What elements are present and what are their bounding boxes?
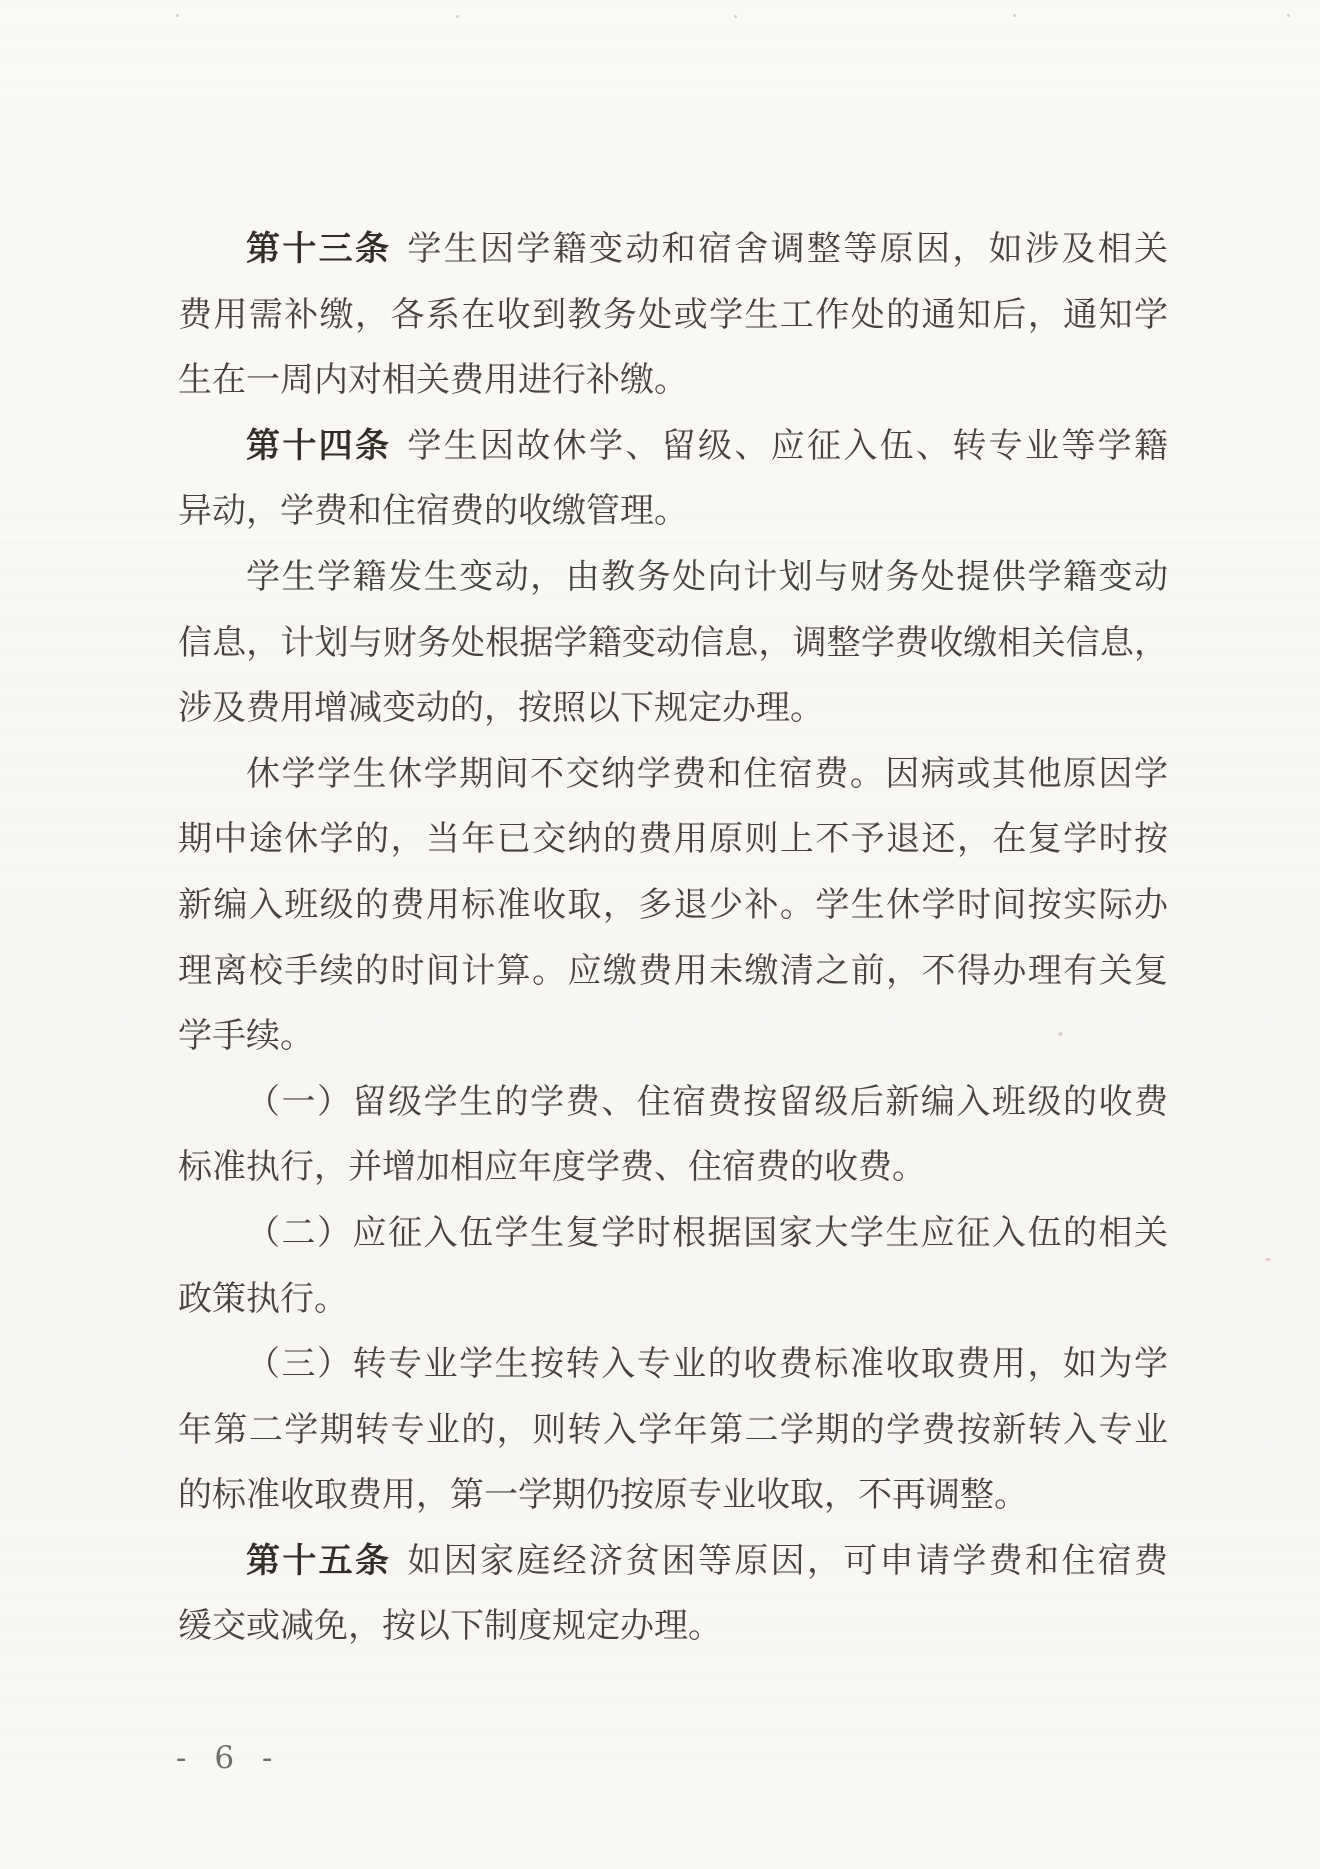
line-text: 生在一周内对相关费用进行补缴。 xyxy=(178,360,688,400)
page-number: - 6 - xyxy=(176,1740,281,1776)
line-text: 年第二学期转专业的，则转入学年第二学期的学费按新转入专业 xyxy=(178,1410,1168,1450)
article-number: 第十五条 xyxy=(246,1541,391,1581)
text-line: （三）转专业学生按转入专业的收费标准收取费用，如为学 xyxy=(178,1332,1168,1398)
line-text: 期中途休学的，当年已交纳的费用原则上不予退还，在复学时按 xyxy=(178,819,1168,859)
line-text: 标准执行，并增加相应年度学费、住宿费的收费。 xyxy=(178,1147,926,1187)
line-text: 异动，学费和住宿费的收缴管理。 xyxy=(178,491,688,531)
line-text: 理离校手续的时间计算。应缴费用未缴清之前，不得办理有关复 xyxy=(178,951,1168,991)
text-line: 信息，计划与财务处根据学籍变动信息，调整学费收缴相关信息， xyxy=(178,611,1168,677)
scan-speck xyxy=(1287,14,1290,17)
text-line: 休学学生休学期间不交纳学费和住宿费。因病或其他原因学 xyxy=(178,742,1168,808)
line-text: 政策执行。 xyxy=(178,1279,348,1319)
text-line: （一）留级学生的学费、住宿费按留级后新编入班级的收费 xyxy=(178,1070,1168,1136)
line-text: 学生因学籍变动和宿舍调整等原因，如涉及相关 xyxy=(407,229,1168,269)
text-line: 标准执行，并增加相应年度学费、住宿费的收费。 xyxy=(178,1135,1168,1201)
text-line: 政策执行。 xyxy=(178,1267,1168,1333)
text-line: 新编入班级的费用标准收取，多退少补。学生休学时间按实际办 xyxy=(178,873,1168,939)
article-number: 第十三条 xyxy=(246,229,391,269)
scan-speck xyxy=(1013,14,1016,17)
line-text: 新编入班级的费用标准收取，多退少补。学生休学时间按实际办 xyxy=(178,885,1168,925)
line-text: 涉及费用增减变动的，按照以下规定办理。 xyxy=(178,688,824,728)
line-text: （二）应征入伍学生复学时根据国家大学生应征入伍的相关 xyxy=(246,1213,1168,1253)
scan-speck xyxy=(734,15,737,18)
text-line: 异动，学费和住宿费的收缴管理。 xyxy=(178,479,1168,545)
text-line: 学生学籍发生变动，由教务处向计划与财务处提供学籍变动 xyxy=(178,545,1168,611)
line-text: 的标准收取费用，第一学期仍按原专业收取，不再调整。 xyxy=(178,1475,1028,1515)
line-text: 学生因故休学、留级、应征入伍、转专业等学籍 xyxy=(407,426,1168,466)
text-line: 年第二学期转专业的，则转入学年第二学期的学费按新转入专业 xyxy=(178,1398,1168,1464)
text-line: 涉及费用增减变动的，按照以下规定办理。 xyxy=(178,676,1168,742)
text-line: 期中途休学的，当年已交纳的费用原则上不予退还，在复学时按 xyxy=(178,807,1168,873)
text-line: 费用需补缴，各系在收到教务处或学生工作处的通知后，通知学 xyxy=(178,283,1168,349)
text-line: 第十三条学生因学籍变动和宿舍调整等原因，如涉及相关 xyxy=(178,217,1168,283)
line-text: 信息，计划与财务处根据学籍变动信息，调整学费收缴相关信息， xyxy=(178,623,1168,663)
document-body: 第十三条学生因学籍变动和宿舍调整等原因，如涉及相关费用需补缴，各系在收到教务处或… xyxy=(178,217,1168,1660)
text-line: （二）应征入伍学生复学时根据国家大学生应征入伍的相关 xyxy=(178,1201,1168,1267)
line-text: 缓交或减免，按以下制度规定办理。 xyxy=(178,1606,722,1646)
text-line: 第十五条如因家庭经济贫困等原因，可申请学费和住宿费 xyxy=(178,1529,1168,1595)
scan-speck xyxy=(1265,1258,1271,1261)
line-text: 如因家庭经济贫困等原因，可申请学费和住宿费 xyxy=(407,1541,1168,1581)
line-text: （三）转专业学生按转入专业的收费标准收取费用，如为学 xyxy=(246,1344,1168,1384)
scan-speck xyxy=(176,14,179,17)
text-line: 理离校手续的时间计算。应缴费用未缴清之前，不得办理有关复 xyxy=(178,939,1168,1005)
text-line: 第十四条学生因故休学、留级、应征入伍、转专业等学籍 xyxy=(178,414,1168,480)
article-number: 第十四条 xyxy=(246,426,391,466)
text-line: 学手续。 xyxy=(178,1004,1168,1070)
line-text: （一）留级学生的学费、住宿费按留级后新编入班级的收费 xyxy=(246,1082,1168,1122)
line-text: 费用需补缴，各系在收到教务处或学生工作处的通知后，通知学 xyxy=(178,295,1168,335)
scanned-document-page: 第十三条学生因学籍变动和宿舍调整等原因，如涉及相关费用需补缴，各系在收到教务处或… xyxy=(0,0,1320,1869)
text-line: 缓交或减免，按以下制度规定办理。 xyxy=(178,1594,1168,1660)
line-text: 学手续。 xyxy=(178,1016,314,1056)
line-text: 学生学籍发生变动，由教务处向计划与财务处提供学籍变动 xyxy=(246,557,1168,597)
line-text: 休学学生休学期间不交纳学费和住宿费。因病或其他原因学 xyxy=(246,754,1168,794)
scan-speck xyxy=(456,15,459,18)
text-line: 生在一周内对相关费用进行补缴。 xyxy=(178,348,1168,414)
text-line: 的标准收取费用，第一学期仍按原专业收取，不再调整。 xyxy=(178,1463,1168,1529)
